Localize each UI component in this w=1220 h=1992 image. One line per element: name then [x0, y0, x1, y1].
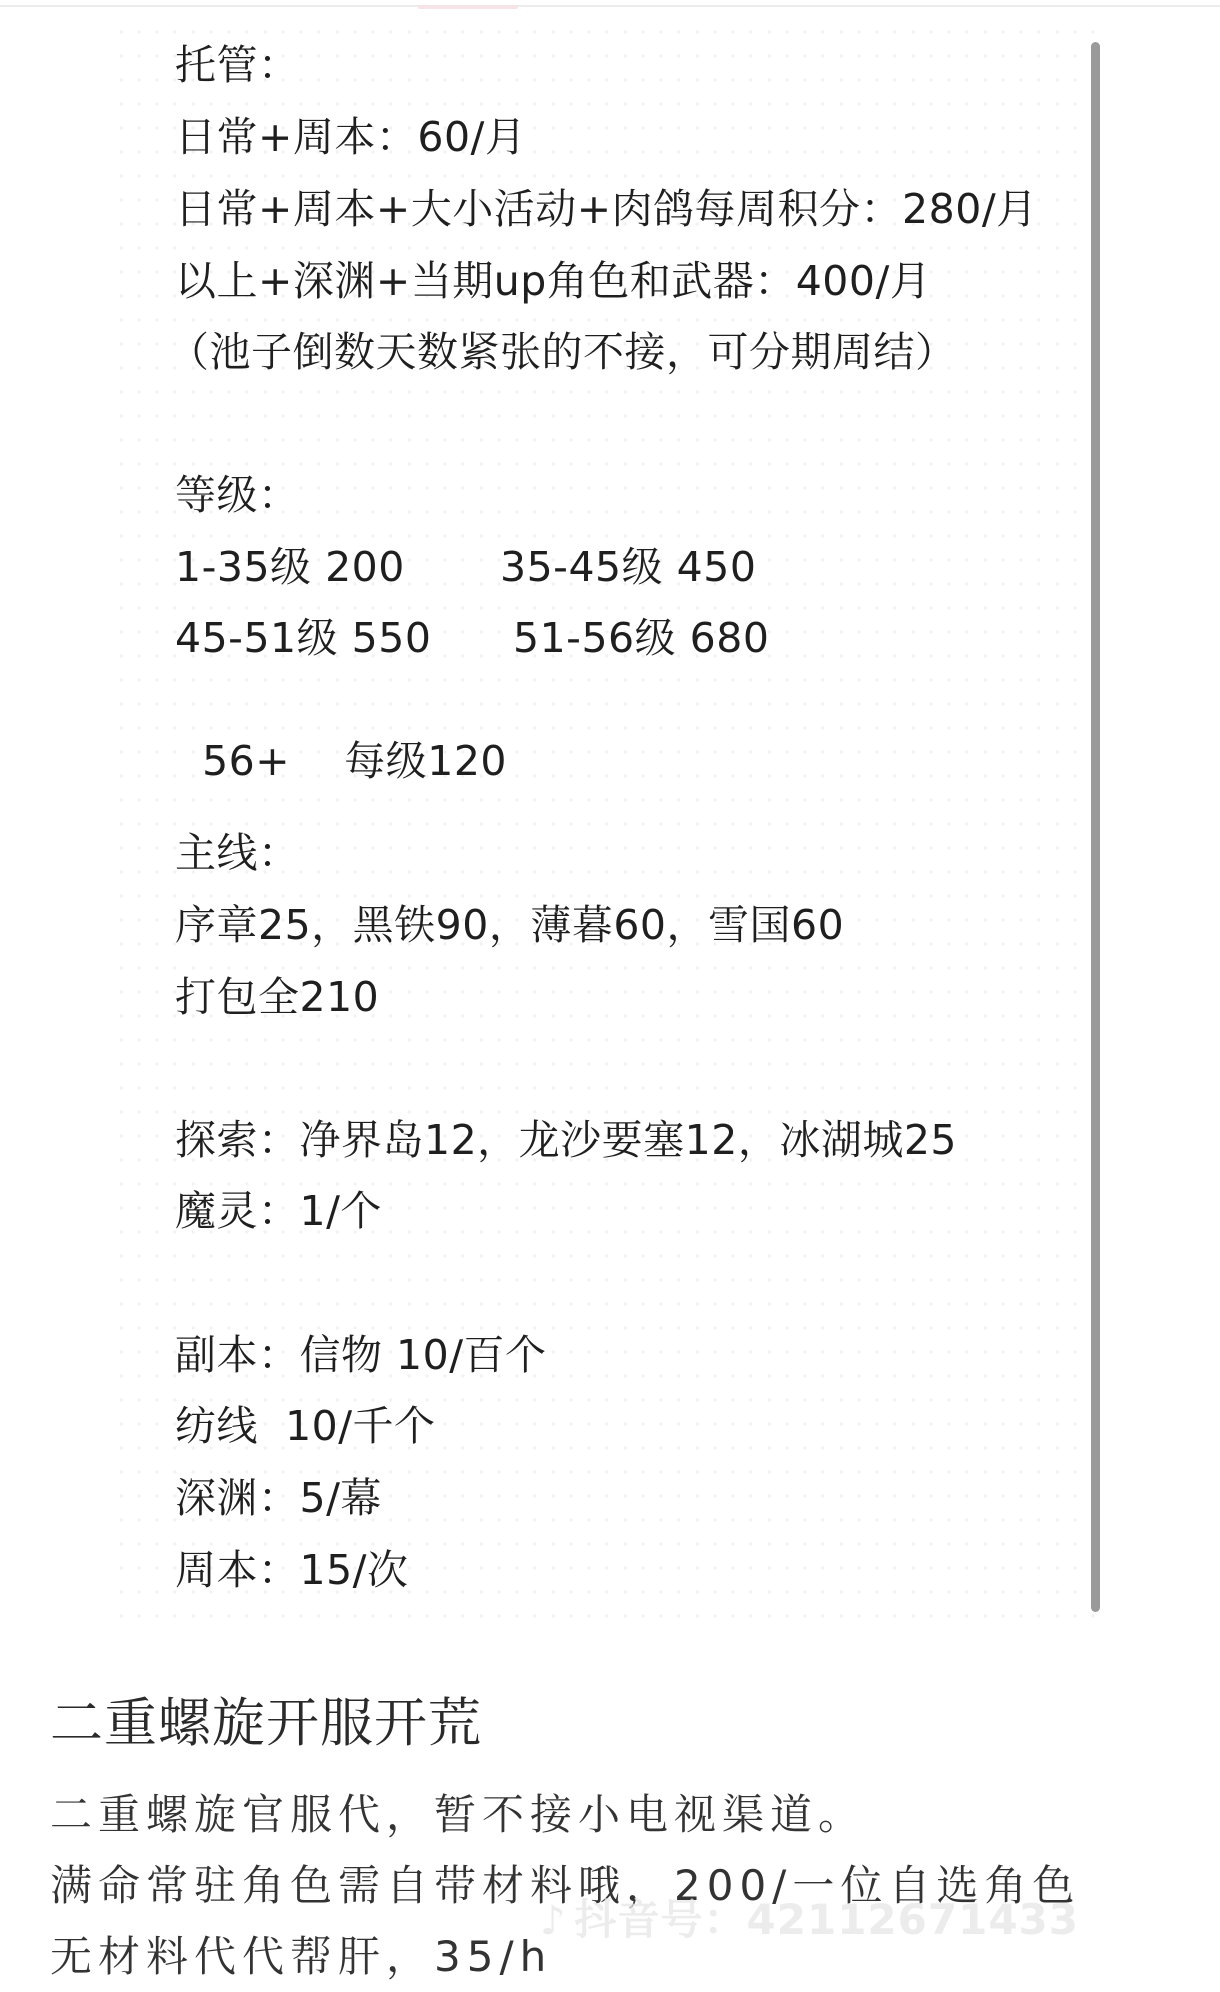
- level-row: 1-35级 200 35-45级 450: [175, 542, 405, 592]
- top-divider: [0, 5, 1220, 7]
- level-range-price: 1-35级 200: [175, 543, 405, 591]
- card-scrollbar[interactable]: [1091, 42, 1100, 1612]
- hosting-item: 日常+周本：60/月: [175, 112, 526, 162]
- main-story-title: 主线：: [175, 828, 300, 878]
- watermark-text: 抖音号：42112671433: [575, 1895, 1079, 1944]
- hosting-item: 日常+周本+大小活动+肉鸽每周积分：280/月: [175, 184, 1038, 234]
- main-story-item: 序章25，黑铁90，薄暮60，雪国60: [175, 900, 844, 950]
- dungeon-item: 周本：15/次: [175, 1545, 408, 1595]
- section-heading: 二重螺旋开服开荒: [50, 1692, 482, 1756]
- level-range-price: 51-56级 680: [513, 613, 769, 663]
- level-range-price: 45-51级 550: [175, 614, 431, 662]
- explore-item: 魔灵：1/个: [175, 1186, 382, 1236]
- level-row: 56+ 每级120: [175, 686, 507, 736]
- dungeon-item: 副本：信物 10/百个: [175, 1330, 547, 1380]
- section-paragraph: 二重螺旋官服代，暂不接小电视渠道。: [50, 1789, 866, 1841]
- hosting-item: 以上+深渊+当期up角色和武器：400/月: [175, 256, 931, 306]
- section-paragraph: 无材料代代帮肝，35/h: [50, 1931, 552, 1983]
- explore-item: 探索：净界岛12，龙沙要塞12，冰湖城25: [175, 1115, 957, 1165]
- level-range-price: 56+ 每级120: [202, 737, 507, 785]
- level-row: 45-51级 550 51-56级 680: [175, 613, 431, 663]
- dungeon-item: 纺线 10/千个: [175, 1401, 436, 1451]
- watermark: ♪抖音号：42112671433: [540, 1895, 1079, 1946]
- top-accent-bar: [418, 5, 518, 9]
- dungeon-item: 深渊：5/幕: [175, 1473, 382, 1523]
- level-title: 等级：: [175, 470, 300, 520]
- hosting-note: （池子倒数天数紧张的不接，可分期周结）: [168, 327, 957, 377]
- tiktok-logo-icon: ♪: [540, 1896, 567, 1946]
- hosting-title: 托管：: [175, 40, 300, 90]
- main-story-item: 打包全210: [175, 972, 379, 1022]
- level-range-price: 35-45级 450: [500, 542, 756, 592]
